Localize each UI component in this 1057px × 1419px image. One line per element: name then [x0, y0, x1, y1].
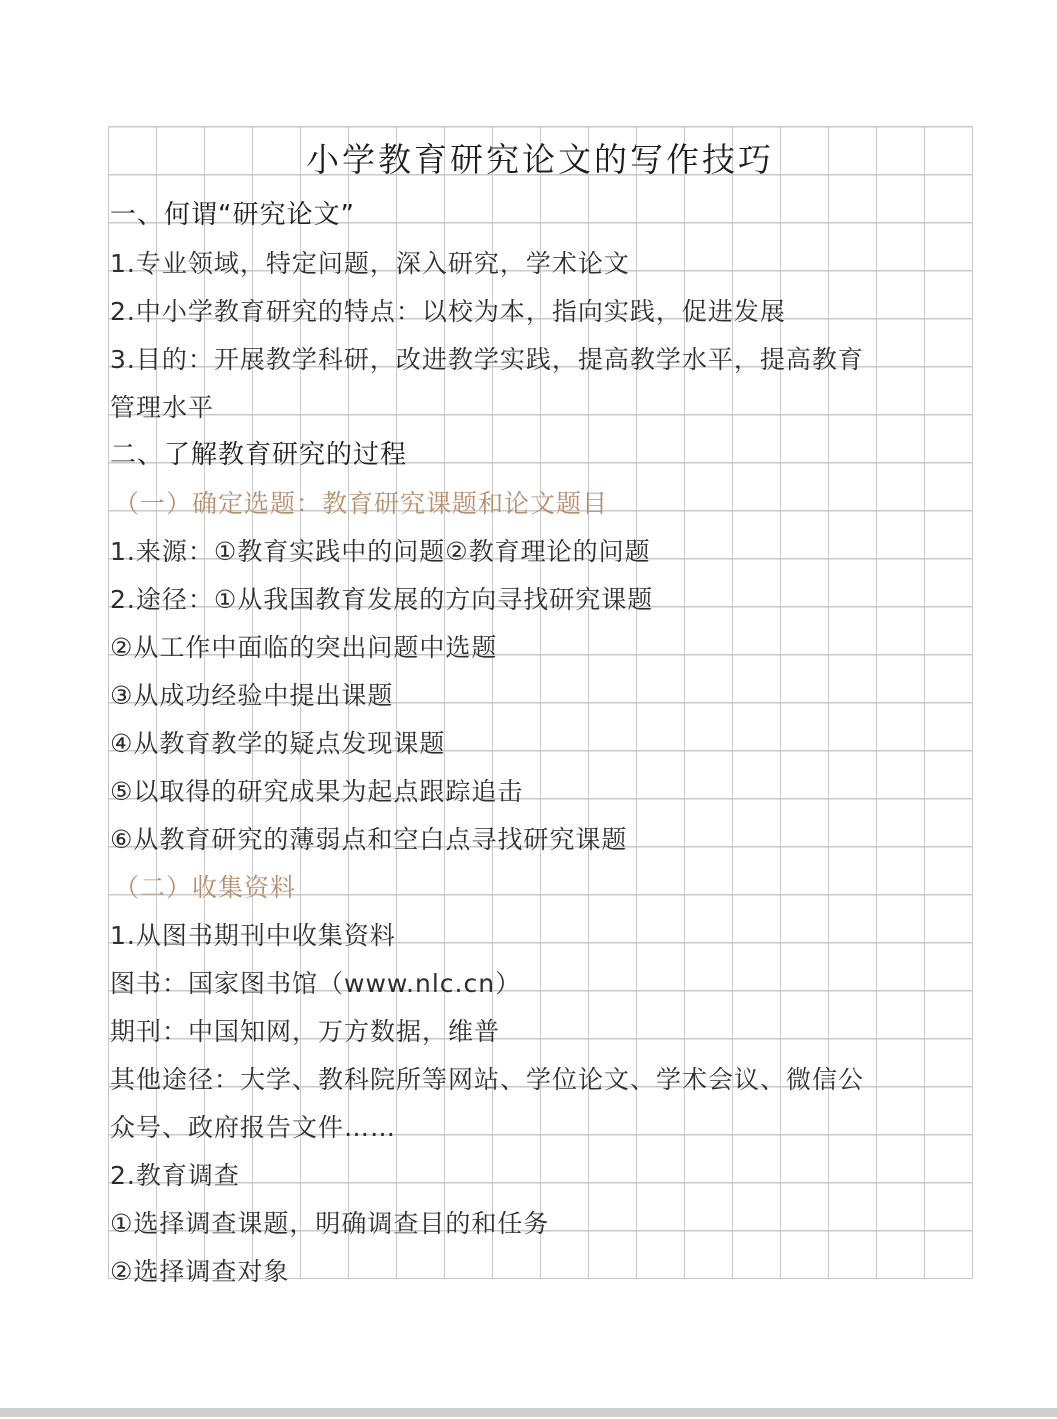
- text-line: ②选择调查对象: [108, 1230, 972, 1278]
- section-heading-2: 二、了解教育研究的过程: [108, 414, 972, 462]
- text-line-content: ②选择调查对象: [110, 1259, 289, 1284]
- page-title: 小学教育研究论文的写作技巧: [108, 143, 972, 176]
- text-line: ⑥从教育研究的薄弱点和空白点寻找研究课题: [108, 798, 972, 846]
- text-line: 1.专业领域，特定问题，深入研究，学术论文: [108, 222, 972, 270]
- grid-paper-sheet: 小学教育研究论文的写作技巧 一、何谓“研究论文” 1.专业领域，特定问题，深入研…: [108, 126, 973, 1279]
- bottom-scroll-bar: [0, 1408, 1057, 1417]
- text-line: 管理水平: [108, 366, 972, 414]
- text-line: 3.目的：开展教学科研，改进教学实践，提高教学水平，提高教育: [108, 318, 972, 366]
- text-line: 2.途径：①从我国教育发展的方向寻找研究课题: [108, 558, 972, 606]
- text-line: 2.教育调查: [108, 1134, 972, 1182]
- page-title-row: 小学教育研究论文的写作技巧: [108, 126, 972, 174]
- note-lines: 小学教育研究论文的写作技巧 一、何谓“研究论文” 1.专业领域，特定问题，深入研…: [108, 126, 972, 1278]
- text-line: ②从工作中面临的突出问题中选题: [108, 606, 972, 654]
- subsection-heading-1: （一）确定选题：教育研究课题和论文题目: [108, 462, 972, 510]
- text-line: 2.中小学教育研究的特点：以校为本，指向实践，促进发展: [108, 270, 972, 318]
- text-line: ④从教育教学的疑点发现课题: [108, 702, 972, 750]
- text-line: 众号、政府报告文件……: [108, 1086, 972, 1134]
- text-line: 1.来源：①教育实践中的问题②教育理论的问题: [108, 510, 972, 558]
- subsection-heading-2: （二）收集资料: [108, 846, 972, 894]
- text-line: 其他途径：大学、教科院所等网站、学位论文、学术会议、微信公: [108, 1038, 972, 1086]
- text-line: ①选择调查课题，明确调查目的和任务: [108, 1182, 972, 1230]
- text-line: 1.从图书期刊中收集资料: [108, 894, 972, 942]
- text-line: ⑤以取得的研究成果为起点跟踪追击: [108, 750, 972, 798]
- text-line: 图书：国家图书馆（www.nlc.cn）: [108, 942, 972, 990]
- text-line: ③从成功经验中提出课题: [108, 654, 972, 702]
- section-heading-1: 一、何谓“研究论文”: [108, 174, 972, 222]
- text-line: 期刊：中国知网，万方数据，维普: [108, 990, 972, 1038]
